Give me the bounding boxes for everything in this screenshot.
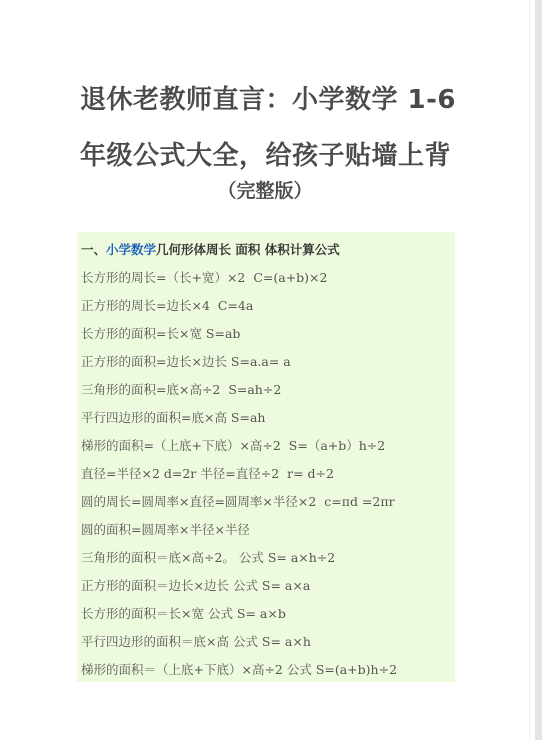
formula-line: 直径=半径×2 d=2r 半径=直径÷2 r= d÷2	[81, 464, 334, 482]
formula-line: 梯形的面积＝（上底+下底）×高÷2 公式 S=(a+b)h÷2	[81, 660, 397, 678]
formula-line: 三角形的面积=底×高÷2 S=ah÷2	[81, 380, 281, 398]
document-page: 退休老教师直言：小学数学 1-6 年级公式大全，给孩子贴墙上背 （完整版） 一、…	[0, 0, 542, 740]
formula-line: 长方形的面积=长×宽 S=ab	[81, 324, 240, 342]
section-heading: 一、小学数学几何形体周长 面积 体积计算公式	[81, 240, 340, 258]
formula-line: 平行四边形的面积＝底×高 公式 S= a×h	[81, 632, 311, 650]
formula-line: 正方形的面积=边长×边长 S=a.a= a	[81, 352, 291, 370]
formula-line: 圆的周长=圆周率×直径=圆周率×半径×2 c=πd =2πr	[81, 492, 395, 510]
formula-line: 正方形的面积＝边长×边长 公式 S= a×a	[81, 576, 310, 594]
formula-line: 三角形的面积＝底×高÷2。 公式 S= a×h÷2	[81, 548, 335, 566]
primary-math-link[interactable]: 小学数学	[106, 242, 156, 257]
title-line-1: 退休老教师直言：小学数学 1-6	[80, 72, 460, 128]
article-title: 退休老教师直言：小学数学 1-6 年级公式大全，给孩子贴墙上背	[80, 72, 460, 184]
page-edge-divider	[529, 0, 530, 740]
formula-line: 平行四边形的面积=底×高 S=ah	[81, 408, 265, 426]
formula-line: 梯形的面积=（上底+下底）×高÷2 S=（a+b）h÷2	[81, 436, 385, 454]
formula-line: 长方形的周长=（长+宽）×2 C=(a+b)×2	[81, 268, 327, 286]
scrollbar[interactable]	[535, 0, 542, 740]
formula-section: 一、小学数学几何形体周长 面积 体积计算公式 长方形的周长=（长+宽）×2 C=…	[77, 232, 455, 682]
section-heading-text: 几何形体周长 面积 体积计算公式	[156, 242, 340, 257]
formula-line: 长方形的面积＝长×宽 公式 S= a×b	[81, 604, 286, 622]
formula-line: 圆的面积=圆周率×半径×半径	[81, 520, 250, 538]
article-subtitle: （完整版）	[0, 176, 530, 203]
formula-line: 正方形的周长=边长×4 C=4a	[81, 296, 253, 314]
section-number: 一、	[81, 242, 106, 257]
